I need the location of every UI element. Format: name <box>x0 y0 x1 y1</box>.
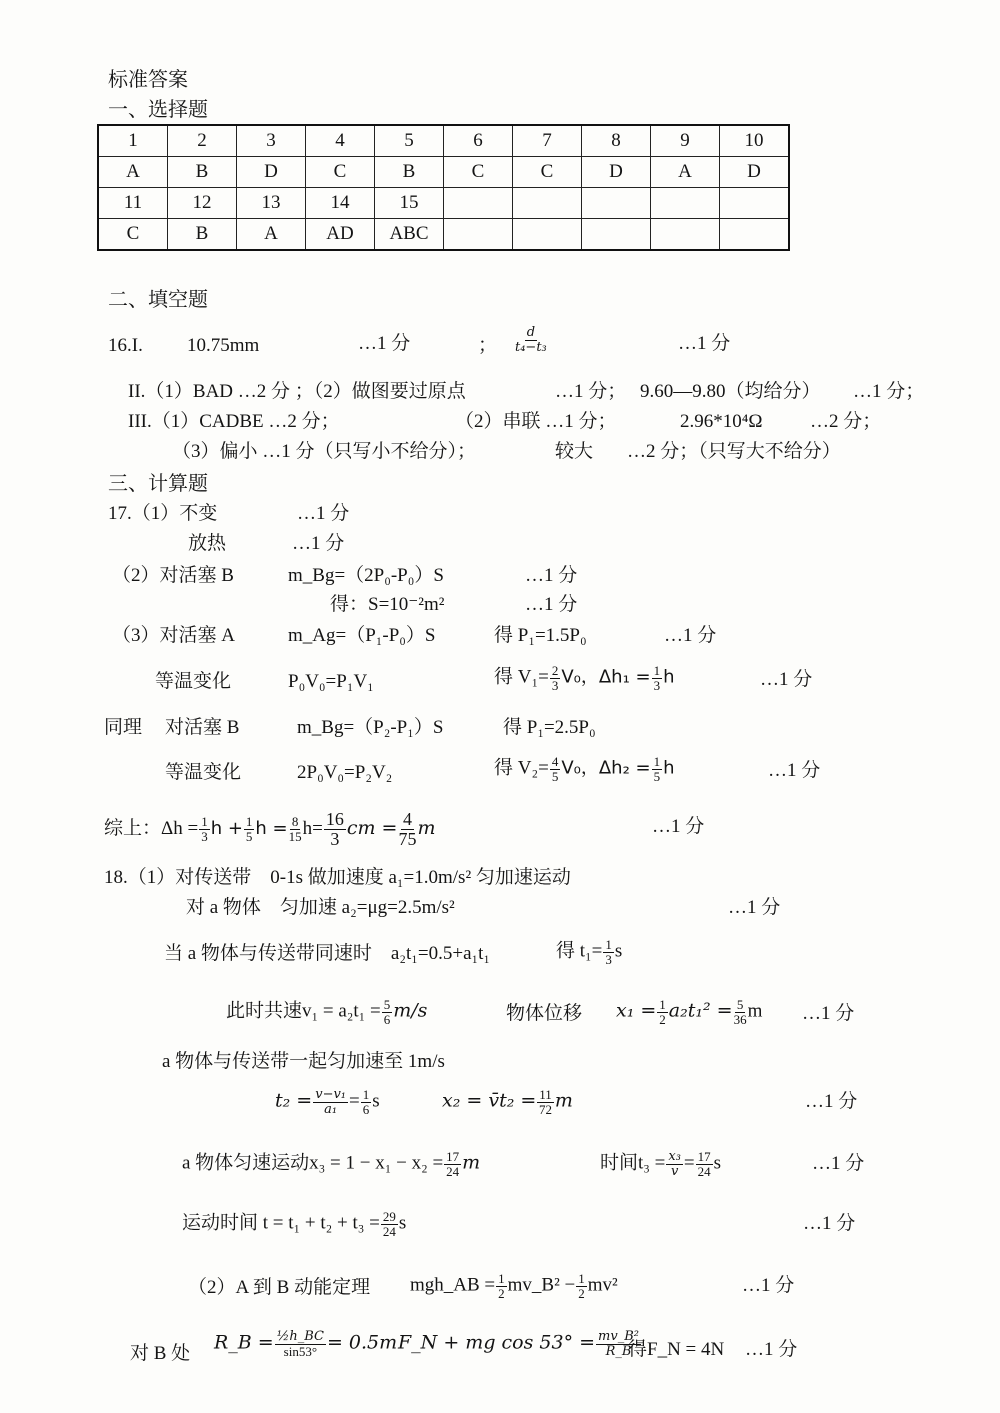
q17-line1: 17.（1）不变 <box>108 504 217 523</box>
table-cell: AD <box>306 219 375 251</box>
table-cell: 4 <box>306 125 375 157</box>
section3-heading: 三、计算题 <box>108 474 208 494</box>
formula: 时间t₃ =x₃v=1724s <box>600 1150 721 1178</box>
answer-table: 12345678910 ABDCBCCDAD 1112131415 CBAADA… <box>97 124 790 251</box>
formula: x₂ = v̄t₂ =1172m <box>442 1088 573 1116</box>
q16-ii-part2: 9.60—9.80（均给分） <box>640 382 821 401</box>
table-cell: B <box>168 157 237 188</box>
formula: 得 V₂=45V₀，Δh₂ =15h <box>494 755 675 783</box>
table-cell: 15 <box>375 188 444 219</box>
formula: 得 P₁=2.5P₀ <box>503 718 596 737</box>
score: …1 分 <box>812 1154 864 1173</box>
score: …1 分； <box>853 382 924 401</box>
table-cell <box>720 219 790 251</box>
table-cell: C <box>306 157 375 188</box>
table-cell: ABC <box>375 219 444 251</box>
table-cell <box>444 219 513 251</box>
q18-line4-label: 物体位移 <box>506 1004 582 1023</box>
table-cell: A <box>98 157 168 188</box>
table-cell: 10 <box>720 125 790 157</box>
score: …1 分 <box>525 595 577 614</box>
q18-line8: 运动时间 t = t₁ + t₂ + t₃ =2924s <box>182 1210 406 1238</box>
formula: m_Bg=（P₂-P₁）S <box>297 718 443 737</box>
page-title: 标准答案 <box>108 70 188 90</box>
table-cell: 12 <box>168 188 237 219</box>
table-cell: 9 <box>651 125 720 157</box>
table-cell <box>720 188 790 219</box>
score: …1 分 <box>768 761 820 780</box>
q17-line8: 等温变化 <box>165 763 241 782</box>
table-cell: B <box>168 219 237 251</box>
q18-line9: （2）A 到 B 动能定理 <box>188 1278 370 1297</box>
q17-summary: 综上：Δh =13h +15h =815h=163cm =475m <box>104 810 436 849</box>
score: …1 分 <box>358 334 410 353</box>
score: …1 分 <box>292 534 344 553</box>
formula: 得：S=10⁻²m² <box>330 595 444 614</box>
q17-line5: （3）对活塞 A <box>112 626 235 645</box>
formula-d-over-t: dt₄−t₃ <box>514 326 548 354</box>
score: …1 分 <box>664 626 716 645</box>
table-cell: 2 <box>168 125 237 157</box>
table-cell <box>582 188 651 219</box>
q16-label: 16.I. <box>108 336 143 355</box>
score: …1 分 <box>678 334 730 353</box>
formula: 2P₀V₀=P₂V₂ <box>297 763 392 782</box>
table-row: 12345678910 <box>98 125 789 157</box>
table-cell: D <box>720 157 790 188</box>
score: …1 分 <box>803 1214 855 1233</box>
formula: R_B =½h_BCsin53°= 0.5m <box>214 1330 397 1358</box>
table-cell <box>651 188 720 219</box>
score: …1 分 <box>525 566 577 585</box>
table-cell <box>513 219 582 251</box>
score: …1 分 <box>805 1092 857 1111</box>
score: …1 分 <box>297 504 349 523</box>
formula: m_Ag=（P₁-P₀）S <box>288 626 436 645</box>
formula: 得 V₁=23V₀，Δh₁ =13h <box>494 664 675 692</box>
q16-iii3-part2: 较大 <box>555 442 593 461</box>
formula: mgh_AB =12mv_B² −12mv² <box>410 1272 618 1300</box>
score: …1 分； <box>555 382 626 401</box>
separator: ； <box>478 336 497 355</box>
table-cell: A <box>237 219 306 251</box>
formula: t₂ =v−v₁a₁=16s <box>275 1088 380 1116</box>
table-cell: C <box>98 219 168 251</box>
q18-line2: 对 a 物体 匀加速 a₂=μg=2.5m/s² <box>186 898 455 917</box>
q18-line5: a 物体与传送带一起匀加速至 1m/s <box>162 1052 445 1071</box>
table-cell: D <box>582 157 651 188</box>
formula: 得 P₁=1.5P₀ <box>494 626 587 645</box>
q18-line4: 此时共速v₁ = a₂t₁ =56m/s <box>226 998 427 1026</box>
score: …1 分 <box>802 1004 854 1023</box>
q17-line7: 同理 <box>104 718 142 737</box>
formula: F_N + mg cos 53° =mv_B²R_B <box>398 1330 642 1358</box>
score: …1 分 <box>760 670 812 689</box>
q17-line7b: 对活塞 B <box>165 718 239 737</box>
table-cell: A <box>651 157 720 188</box>
table-cell <box>582 219 651 251</box>
q16-iii-part2: （2）串联 …1 分； <box>455 412 617 431</box>
q16-iii3-part1: （3）偏小 …1 分（只写小不给分）； <box>172 442 476 461</box>
table-cell: 7 <box>513 125 582 157</box>
score: …1 分 <box>652 817 704 836</box>
table-cell: C <box>513 157 582 188</box>
formula: 得F_N = 4N <box>628 1340 724 1359</box>
score: …2 分； <box>810 412 881 431</box>
formula: 得 t₁=13s <box>556 938 622 966</box>
table-cell: 1 <box>98 125 168 157</box>
table-cell: 6 <box>444 125 513 157</box>
section2-heading: 二、填空题 <box>108 290 208 310</box>
table-cell: 5 <box>375 125 444 157</box>
q17-line6: 等温变化 <box>155 672 231 691</box>
score: …1 分 <box>742 1276 794 1295</box>
table-cell: D <box>237 157 306 188</box>
table-cell <box>513 188 582 219</box>
q17-line2: 放热 <box>188 534 226 553</box>
table-cell: 14 <box>306 188 375 219</box>
score: …1 分 <box>728 898 780 917</box>
section1-heading: 一、选择题 <box>108 100 208 120</box>
table-row: 1112131415 <box>98 188 789 219</box>
table-row: CBAADABC <box>98 219 789 251</box>
formula: x₁ =12a₂t₁² =536m <box>616 998 762 1026</box>
q18-line10: 对 B 处 <box>130 1344 190 1363</box>
table-cell <box>651 219 720 251</box>
table-cell: 8 <box>582 125 651 157</box>
table-cell: C <box>444 157 513 188</box>
table-cell: 13 <box>237 188 306 219</box>
q18-line7: a 物体匀速运动x₃ = 1 − x₁ − x₂ =1724m <box>182 1150 480 1178</box>
q16-answer: 10.75mm <box>187 336 259 355</box>
q16-iii3-part3: …2 分；（只写大不给分） <box>627 442 841 461</box>
q18-line1: 18.（1）对传送带 0-1s 做加速度 a₁=1.0m/s² 匀加速运动 <box>104 868 571 887</box>
q18-line3: 当 a 物体与传送带同速时 a₂t₁=0.5+a₁t₁ <box>164 944 490 963</box>
table-cell: B <box>375 157 444 188</box>
score: …1 分 <box>745 1340 797 1359</box>
formula: P₀V₀=P₁V₁ <box>288 672 374 691</box>
table-cell <box>444 188 513 219</box>
q16-iii-resistance: 2.96*10⁴Ω <box>680 412 763 431</box>
q17-line3: （2）对活塞 B <box>112 566 234 585</box>
q16-ii-part1: II.（1）BAD …2 分 ；（2）做图要过原点 <box>128 382 466 401</box>
table-cell: 11 <box>98 188 168 219</box>
formula: m_Bg=（2P₀-P₀）S <box>288 566 444 585</box>
table-cell: 3 <box>237 125 306 157</box>
table-row: ABDCBCCDAD <box>98 157 789 188</box>
q16-iii-part1: III.（1）CADBE …2 分； <box>128 412 340 431</box>
